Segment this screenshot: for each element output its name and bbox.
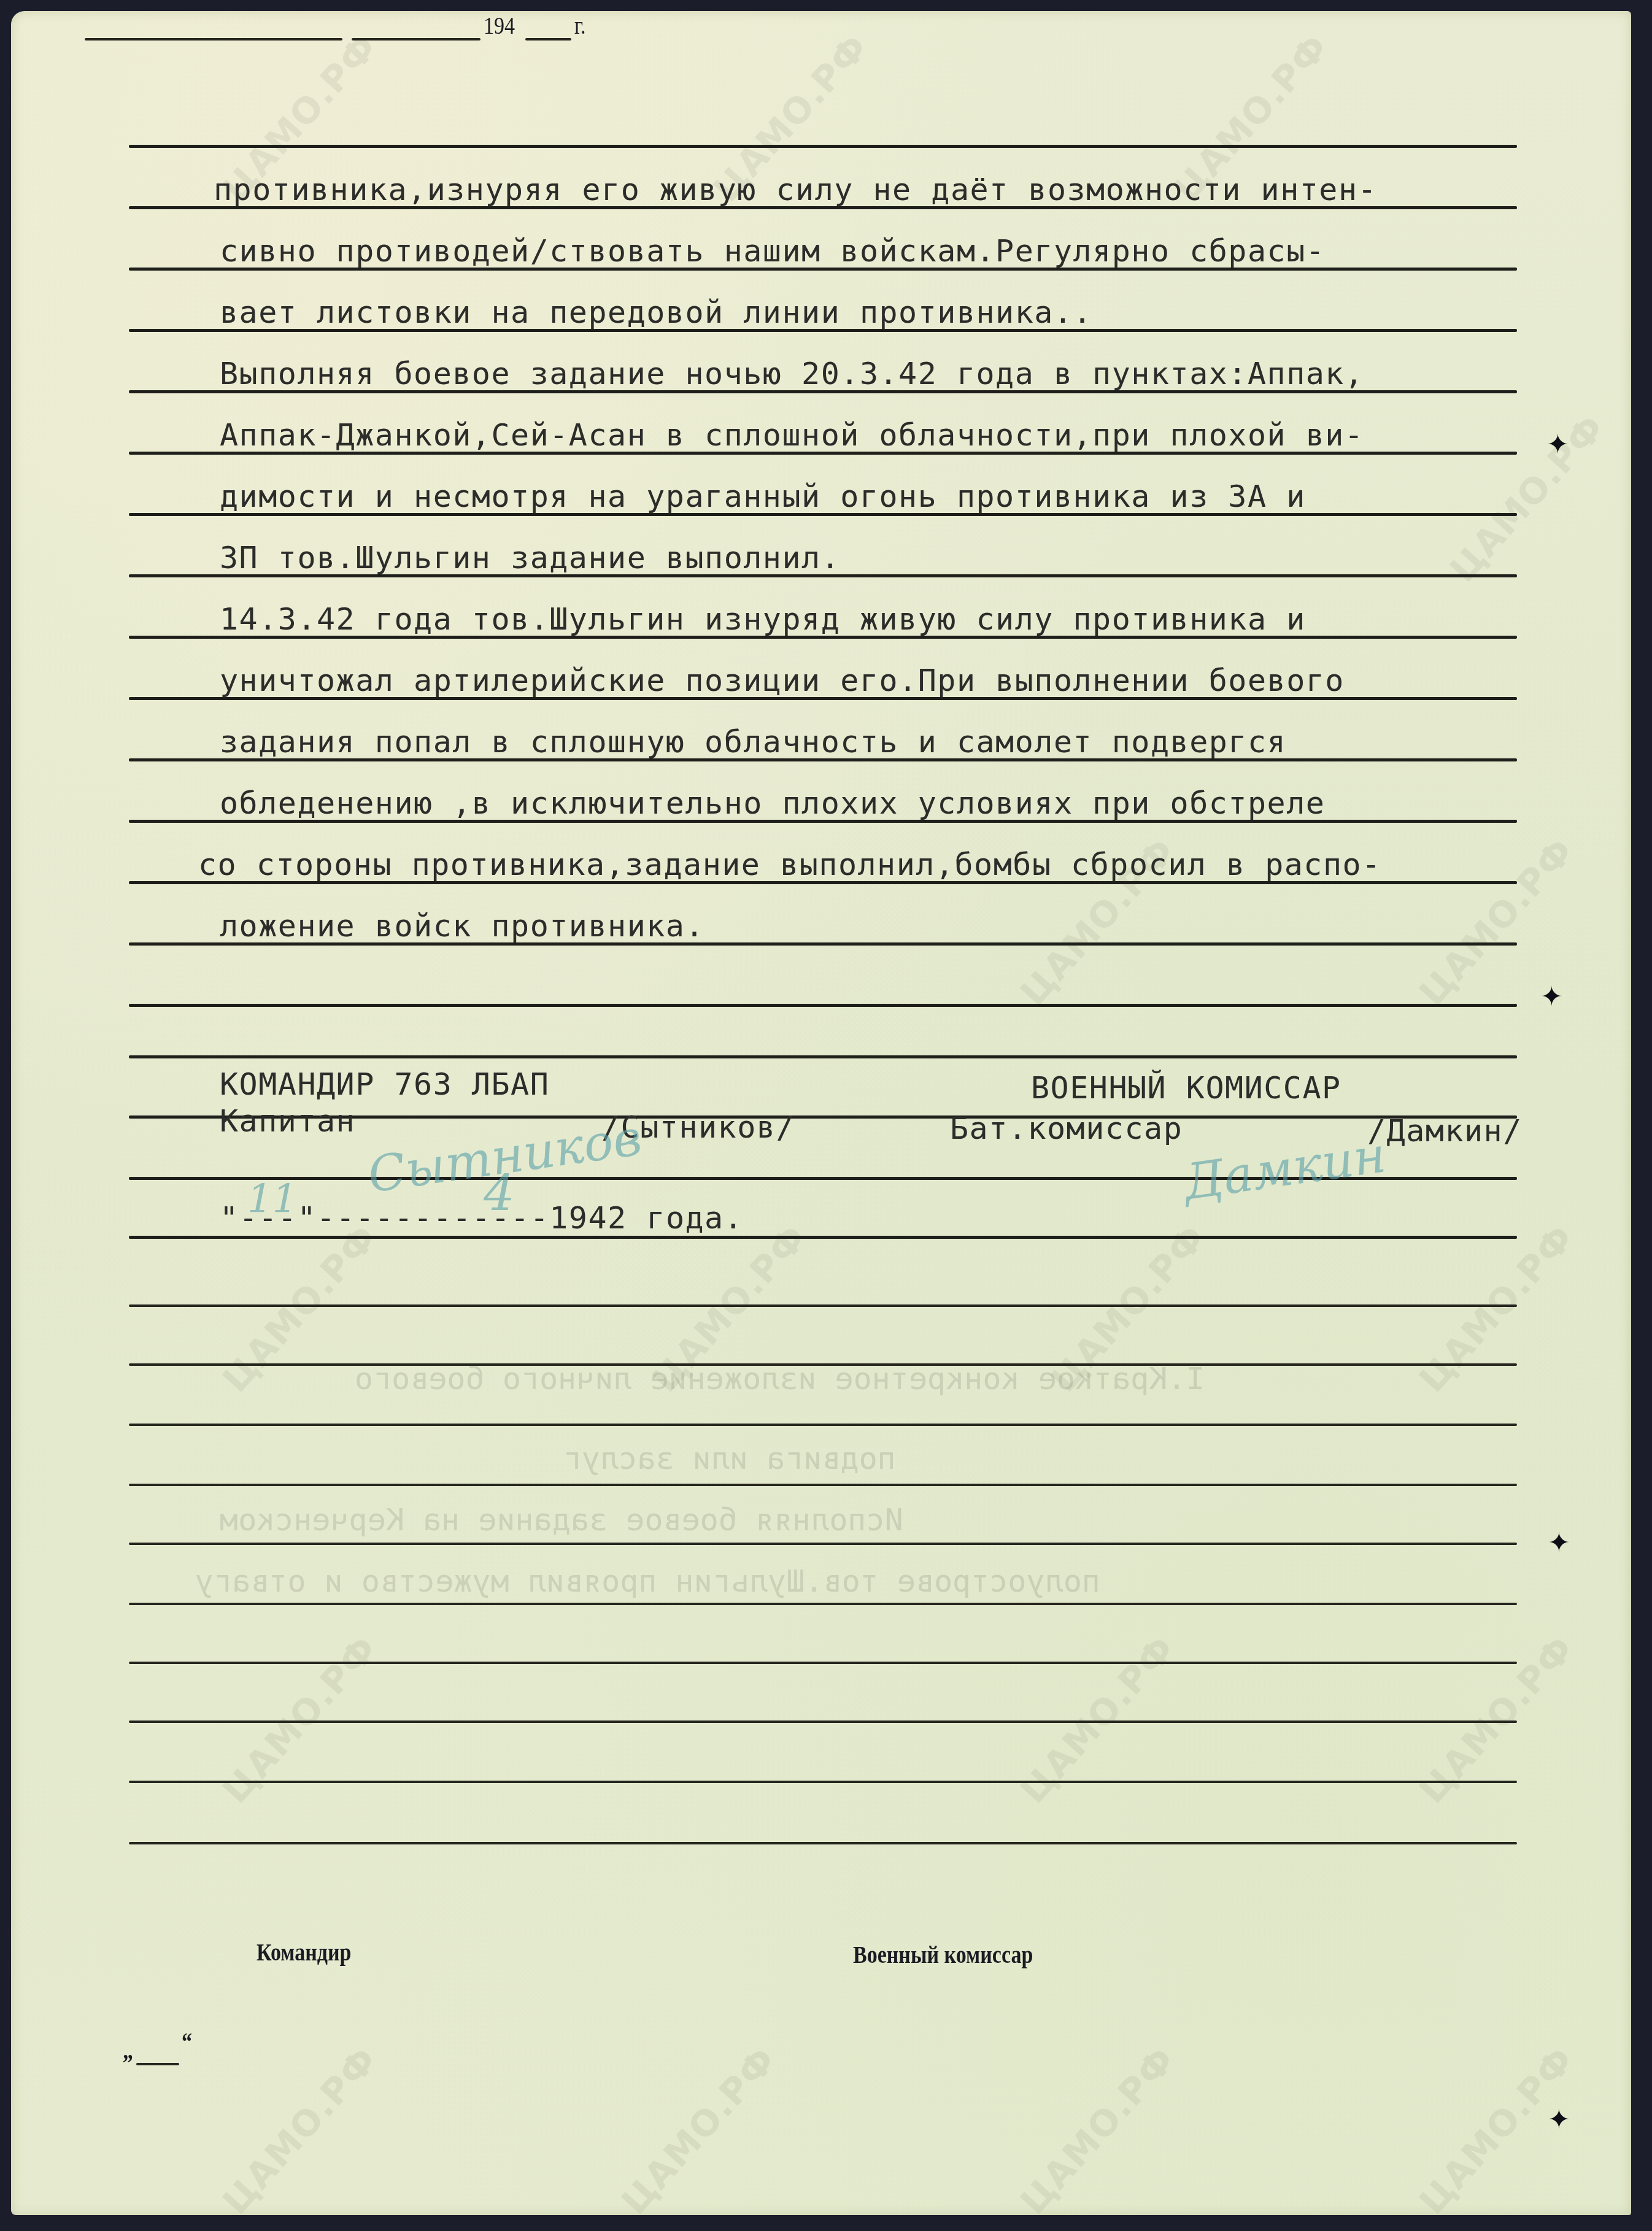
- watermark: ЦАМО.РФ: [1012, 2038, 1183, 2222]
- ruled-line: [129, 1004, 1517, 1007]
- binding-hole-icon: ✦: [1548, 1534, 1566, 1552]
- body-line: димости и несмотря на ураганный огонь пр…: [220, 479, 1306, 514]
- watermark: ЦАМО.РФ: [214, 1627, 385, 1811]
- ruled-line: [129, 1484, 1517, 1486]
- form-date-quote: “: [182, 2027, 192, 2056]
- commissar-title: ВОЕННЫЙ КОМИССАР: [1031, 1070, 1341, 1106]
- watermark: ЦАМО.РФ: [1012, 1627, 1183, 1811]
- watermark: ЦАМО.РФ: [1442, 406, 1613, 590]
- form-commissar-label: Военный комиссар: [853, 1940, 1033, 1969]
- body-line: уничтожал артилерийские позиции его.При …: [220, 663, 1345, 698]
- date-day-handwritten: 11: [247, 1177, 297, 1222]
- body-line: Аппак-Джанкой,Сей-Асан в сплошной облачн…: [220, 417, 1364, 453]
- date-quote-close: ": [297, 1200, 317, 1236]
- body-line: противника,изнуряя его живую силу не даё…: [214, 172, 1377, 207]
- body-line: ЗП тов.Шульгин задание выполнил.: [220, 540, 840, 576]
- body-line: вает листовки на передовой линии противн…: [220, 295, 1092, 330]
- form-date-prefix: „: [123, 2036, 133, 2065]
- ruled-line: [129, 1055, 1517, 1058]
- ruled-line: [129, 145, 1517, 148]
- ruled-line: [129, 1662, 1517, 1664]
- ruled-line: [129, 1363, 1517, 1366]
- ruled-line: [129, 1236, 1517, 1239]
- ruled-line: [129, 1603, 1517, 1605]
- form-date-month-line: [352, 38, 481, 40]
- form-date-suffix: г.: [574, 11, 586, 40]
- form-date-month-line: [85, 38, 342, 40]
- body-line: Выполняя боевое задание ночью 20.3.42 го…: [220, 356, 1364, 391]
- document-page: ЦАМО.РФ ЦАМО.РФ ЦАМО.РФ ЦАМО.РФ ЦАМО.РФ …: [11, 11, 1631, 2215]
- binding-hole-icon: ✦: [1548, 2111, 1566, 2129]
- bleedthrough-text: подвига или заслуг: [563, 1441, 896, 1476]
- form-commander-label: Командир: [257, 1938, 352, 1967]
- bleedthrough-text: полуострове тов.Шульгин проявил мужество…: [195, 1563, 1100, 1599]
- date-quote-open: ": [220, 1200, 239, 1236]
- ruled-line: [129, 1781, 1517, 1783]
- date-month-handwritten: 4: [484, 1165, 515, 1222]
- form-date-year-line: [525, 38, 571, 40]
- form-date-year-prefix: 194: [484, 11, 515, 40]
- form-date-day-line: [136, 2063, 179, 2065]
- binding-hole-icon: ✦: [1546, 436, 1565, 454]
- ruled-line: [129, 1304, 1517, 1307]
- body-line: ложение войск противника.: [220, 908, 704, 944]
- typed-date: "---"------------1942 года.: [220, 1200, 743, 1236]
- body-line: со стороны противника,задание выполнил,б…: [198, 847, 1381, 882]
- ruled-line: [129, 1543, 1517, 1545]
- body-line: задания попал в сплошную облачность и са…: [220, 724, 1286, 760]
- commissar-name: /Дамкин/: [1367, 1113, 1523, 1149]
- bleedthrough-text: Исполняя боевое задание на Керченском: [220, 1502, 903, 1538]
- ruled-line: [129, 1424, 1517, 1426]
- commissar-rank: Бат.комиссар: [950, 1111, 1183, 1146]
- commissar-signature: Дамкин: [1180, 1126, 1389, 1211]
- commander-rank: Капитан: [220, 1103, 355, 1139]
- body-line: обледенению ,в исключительно плохих усло…: [220, 785, 1325, 821]
- watermark: ЦАМО.РФ: [1411, 1216, 1582, 1400]
- body-line: сивно противодей/ствовать нашим войскам.…: [220, 233, 1325, 269]
- form-date-line: „ “: [123, 2036, 736, 2073]
- ruled-line: [129, 1720, 1517, 1723]
- watermark: ЦАМО.РФ: [1411, 1627, 1582, 1811]
- commander-title: КОМАНДИР 763 ЛБАП: [220, 1066, 549, 1102]
- date-year: 1942 года.: [549, 1200, 743, 1236]
- bleedthrough-text: I.Краткое конкретное изложение личного б…: [355, 1361, 1205, 1397]
- ruled-line: [129, 1842, 1517, 1844]
- binding-hole-icon: ✦: [1540, 988, 1559, 1006]
- body-line: 14.3.42 года тов.Шульгин изнуряд живую с…: [220, 601, 1306, 637]
